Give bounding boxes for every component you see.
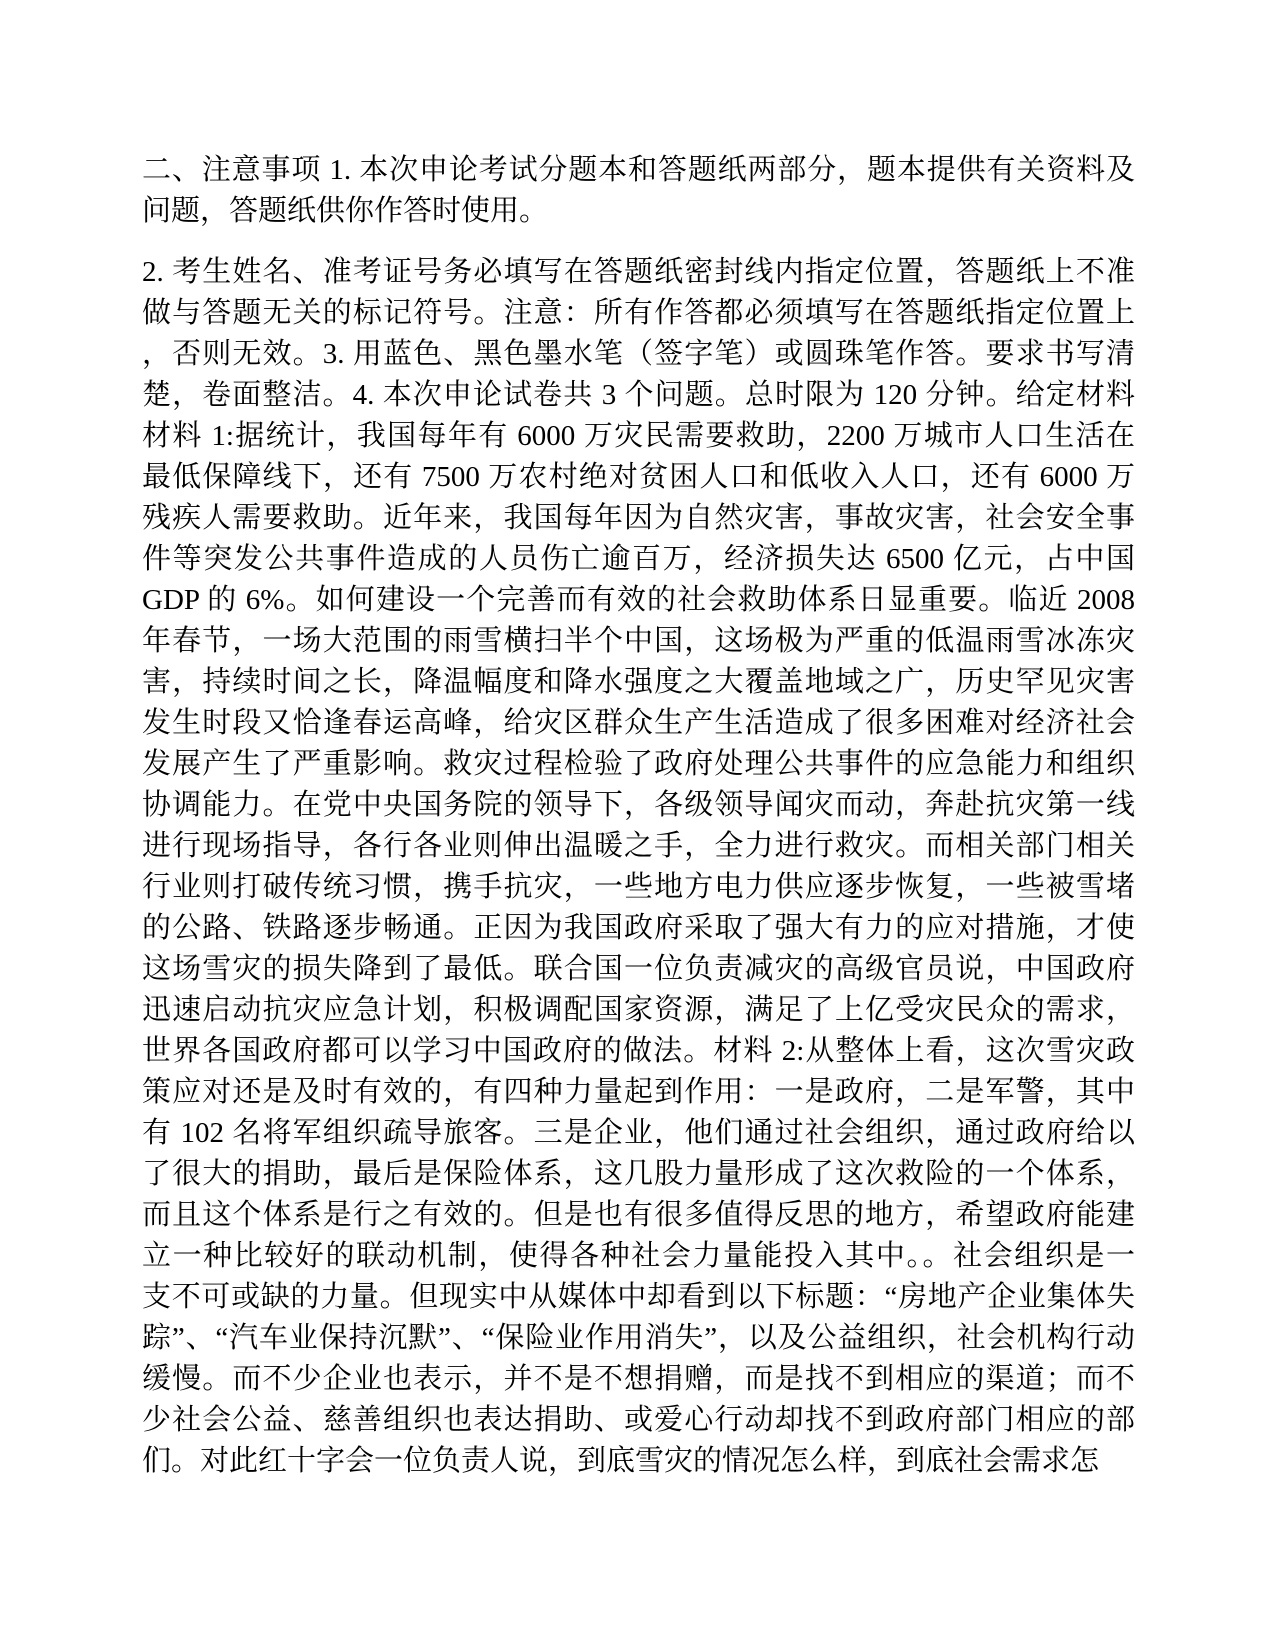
text-line: ，否则无效。3. 用蓝色、黑色墨水笔（签字笔）或圆珠笔作答。要求书写清 bbox=[142, 334, 1135, 375]
text-line: 件等突发公共事件造成的人员伤亡逾百万，经济损失达 6500 亿元，占中国 bbox=[142, 539, 1135, 580]
text-line: 发生时段又恰逢春运高峰，给灾区群众生产生活造成了很多困难对经济社会 bbox=[142, 703, 1135, 744]
text-line: 协调能力。在党中央国务院的领导下，各级领导闻灾而动，奔赴抗灾第一线 bbox=[142, 785, 1135, 826]
text-line: 问题，答题纸供你作答时使用。 bbox=[142, 191, 1135, 232]
text-line: 立一种比较好的联动机制，使得各种社会力量能投入其中。。社会组织是一 bbox=[142, 1236, 1135, 1277]
text-line: 支不可或缺的力量。但现实中从媒体中却看到以下标题：“房地产企业集体失 bbox=[142, 1277, 1135, 1318]
text-line: 2. 考生姓名、准考证号务必填写在答题纸密封线内指定位置，答题纸上不准 bbox=[142, 252, 1135, 293]
text-line: 行业则打破传统习惯，携手抗灾，一些地方电力供应逐步恢复，一些被雪堵 bbox=[142, 867, 1135, 908]
text-line: 了很大的捐助，最后是保险体系，这几股力量形成了这次救险的一个体系， bbox=[142, 1154, 1135, 1195]
document-body: 二、注意事项 1. 本次申论考试分题本和答题纸两部分，题本提供有关资料及问题，答… bbox=[142, 150, 1135, 1482]
text-line: 发展产生了严重影响。救灾过程检验了政府处理公共事件的应急能力和组织 bbox=[142, 744, 1135, 785]
text-line: 们。对此红十字会一位负责人说，到底雪灾的情况怎么样，到底社会需求怎 bbox=[142, 1441, 1135, 1482]
document-page: { "page": { "background_color": "#ffffff… bbox=[0, 0, 1275, 1650]
text-line: 少社会公益、慈善组织也表达捐助、或爱心行动却找不到政府部门相应的部 bbox=[142, 1400, 1135, 1441]
text-line: 而且这个体系是行之有效的。但是也有很多值得反思的地方，希望政府能建 bbox=[142, 1195, 1135, 1236]
text-line: 材料 1:据统计，我国每年有 6000 万灾民需要救助，2200 万城市人口生活… bbox=[142, 416, 1135, 457]
text-line: 做与答题无关的标记符号。注意：所有作答都必须填写在答题纸指定位置上 bbox=[142, 293, 1135, 334]
text-line: 残疾人需要救助。近年来，我国每年因为自然灾害，事故灾害，社会安全事 bbox=[142, 498, 1135, 539]
text-line: 年春节，一场大范围的雨雪横扫半个中国，这场极为严重的低温雨雪冰冻灾 bbox=[142, 621, 1135, 662]
text-line: 楚，卷面整洁。4. 本次申论试卷共 3 个问题。总时限为 120 分钟。给定材料 bbox=[142, 375, 1135, 416]
text-line: 害，持续时间之长，降温幅度和降水强度之大覆盖地域之广，历史罕见灾害 bbox=[142, 662, 1135, 703]
text-line: 的公路、铁路逐步畅通。正因为我国政府采取了强大有力的应对措施，才使 bbox=[142, 908, 1135, 949]
text-line: GDP 的 6%。如何建设一个完善而有效的社会救助体系日显重要。临近 2008 bbox=[142, 580, 1135, 621]
text-line: 世界各国政府都可以学习中国政府的做法。材料 2:从整体上看，这次雪灾政 bbox=[142, 1031, 1135, 1072]
text-line: 有 102 名将军组织疏导旅客。三是企业，他们通过社会组织，通过政府给以 bbox=[142, 1113, 1135, 1154]
text-line: 进行现场指导，各行各业则伸出温暖之手，全力进行救灾。而相关部门相关 bbox=[142, 826, 1135, 867]
text-line: 二、注意事项 1. 本次申论考试分题本和答题纸两部分，题本提供有关资料及 bbox=[142, 150, 1135, 191]
text-line: 最低保障线下，还有 7500 万农村绝对贫困人口和低收入人口，还有 6000 万 bbox=[142, 457, 1135, 498]
text-line: 迅速启动抗灾应急计划，积极调配国家资源，满足了上亿受灾民众的需求， bbox=[142, 990, 1135, 1031]
text-line: 踪”、“汽车业保持沉默”、“保险业作用消失”，以及公益组织，社会机构行动 bbox=[142, 1318, 1135, 1359]
notice-paragraph: 二、注意事项 1. 本次申论考试分题本和答题纸两部分，题本提供有关资料及问题，答… bbox=[142, 150, 1135, 232]
text-line: 缓慢。而不少企业也表示，并不是不想捐赠，而是找不到相应的渠道；而不 bbox=[142, 1359, 1135, 1400]
materials-paragraph: 2. 考生姓名、准考证号务必填写在答题纸密封线内指定位置，答题纸上不准做与答题无… bbox=[142, 252, 1135, 1482]
text-line: 策应对还是及时有效的，有四种力量起到作用：一是政府，二是军警，其中 bbox=[142, 1072, 1135, 1113]
text-line: 这场雪灾的损失降到了最低。联合国一位负责减灾的高级官员说，中国政府 bbox=[142, 949, 1135, 990]
